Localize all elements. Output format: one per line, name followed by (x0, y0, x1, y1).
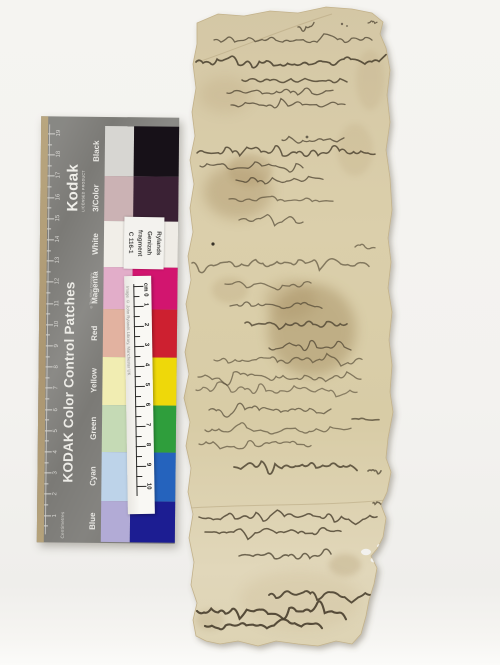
card-cm-tick (48, 176, 55, 177)
card-half-tick (45, 398, 49, 399)
card-half-tick (48, 144, 52, 145)
sticker-line-3: fragment (135, 219, 145, 267)
card-cm-number: 6 (52, 403, 61, 415)
card-cm-tick (46, 324, 53, 325)
card-cm-tick (48, 155, 55, 156)
paper-stain (228, 154, 272, 186)
card-cm-number: 18 (55, 149, 64, 161)
sticker-line-4: C 116-1 (125, 219, 135, 267)
strip-half-tick (134, 316, 140, 317)
card-half-tick (47, 229, 51, 230)
card-half-tick (47, 250, 51, 251)
strip-cm-number: 2 (140, 323, 150, 335)
card-half-tick (46, 314, 50, 315)
ruler-credit: Image © John Rylands Library, Manchester… (125, 286, 134, 510)
card-cm-number: 9 (53, 339, 62, 351)
card-half-tick (45, 441, 49, 442)
ink-spot (306, 136, 309, 139)
patch-3color (133, 176, 178, 221)
card-cm-tick (48, 133, 55, 134)
card-title: KODAK Color Control Patches (60, 265, 77, 483)
card-cm-number: 2 (51, 488, 60, 500)
card-half-tick (45, 462, 49, 463)
card-cm-tick (46, 367, 53, 368)
card-cm-tick (47, 197, 54, 198)
patch-label-blue: Blue (85, 501, 101, 542)
ink-spot (346, 25, 348, 27)
card-cm-number: 8 (53, 361, 62, 373)
card-cm-tick (47, 261, 54, 262)
card-cm-tick (46, 303, 53, 304)
patch-black (134, 126, 180, 176)
strip-half-tick (135, 416, 141, 417)
card-cm-tick (46, 282, 53, 283)
sticker-line-1: Rylands (153, 219, 163, 267)
card-cm-number: 17 (55, 170, 64, 182)
patch-tint-blue (101, 501, 130, 542)
paper-stain (212, 277, 248, 303)
card-half-tick (47, 208, 51, 209)
strip-cm-number: 1 (140, 303, 150, 315)
paper-stain (240, 570, 360, 630)
card-cm-tick (44, 473, 51, 474)
strip-half-tick (135, 396, 141, 397)
sticker-line-2: Genizah (144, 219, 154, 267)
patch-tint-3color (104, 176, 133, 221)
kodak-logo-text: Kodak (64, 130, 82, 212)
card-half-tick (44, 504, 48, 505)
card-half-tick (44, 526, 48, 527)
card-half-tick (44, 483, 48, 484)
strip-half-tick (136, 476, 142, 477)
card-half-tick (45, 377, 49, 378)
kodak-logo: Kodak LICENSED PRODUCT (64, 130, 86, 212)
card-cm-number: 13 (54, 255, 63, 267)
strip-cm-number: 7 (141, 423, 151, 435)
patch-label-yellow: Yellow (86, 357, 103, 405)
patch-label-cyan: Cyan (85, 452, 102, 501)
card-cm-number: 14 (54, 233, 63, 245)
patch-label-black: Black (89, 126, 106, 176)
card-half-tick (46, 292, 50, 293)
patch-label-red: Red (87, 309, 104, 357)
card-half-tick (47, 271, 51, 272)
patch-label-3color: 3/Color (88, 176, 104, 221)
photo-canvas: 19181716151413121110987654321 Kodak LICE… (0, 0, 500, 665)
paper-hole (361, 549, 371, 555)
card-cm-number: 5 (52, 424, 61, 436)
strip-cm-number: 6 (141, 403, 151, 415)
card-cm-tick (44, 515, 51, 516)
licensed-product-text: LICENSED PRODUCT (81, 130, 86, 212)
card-cm-tick (45, 409, 52, 410)
strip-cm-number: 5 (141, 383, 151, 395)
card-cm-number: 10 (53, 318, 62, 330)
card-cm-tick (46, 345, 53, 346)
card-cm-number: 16 (54, 191, 63, 203)
card-cm-tick (45, 388, 52, 389)
card-scale-label: Centimetres (60, 489, 66, 539)
patch-tint-black (105, 126, 135, 176)
patch-label-white: White (88, 221, 104, 267)
ink-spot (211, 242, 214, 245)
strip-half-tick (134, 356, 140, 357)
card-cm-number: 11 (53, 297, 62, 309)
paper-stain (356, 50, 384, 110)
card-cm-tick (47, 239, 54, 240)
strip-cm-number: 10 (142, 483, 152, 495)
ink-spot (341, 23, 343, 25)
card-cm-number: 3 (51, 467, 60, 479)
card-cm-tick (47, 218, 54, 219)
card-cm-number: 7 (52, 382, 61, 394)
card-cm-number: 1 (51, 509, 60, 521)
card-half-tick (47, 186, 51, 187)
strip-cm-number: 9 (142, 463, 152, 475)
strip-half-tick (136, 456, 142, 457)
strip-half-tick (135, 376, 141, 377)
shelfmark-sticker: Rylands Genizah fragment C 116-1 (124, 217, 165, 270)
strip-cm-number: 4 (140, 363, 150, 375)
card-half-tick (48, 165, 52, 166)
patch-label-magenta: Magenta (87, 267, 103, 309)
card-half-tick (46, 335, 50, 336)
card-cm-number: 15 (54, 212, 63, 224)
card-cm-tick (44, 494, 51, 495)
strip-cm-number: 8 (142, 443, 152, 455)
card-cm-number: 12 (53, 276, 62, 288)
strip-half-tick (136, 436, 142, 437)
card-half-tick (46, 356, 50, 357)
kodak-color-card: 19181716151413121110987654321 Kodak LICE… (37, 116, 179, 543)
paper-stain (329, 554, 361, 576)
card-half-tick (45, 420, 49, 421)
card-cm-number: 19 (55, 127, 64, 139)
card-cm-tick (45, 430, 52, 431)
paper-stain (199, 77, 251, 113)
cm-ruler-strip: Image © John Rylands Library, Manchester… (124, 276, 155, 514)
strip-cm-number: 3 (140, 343, 150, 355)
card-cm-number: 4 (52, 445, 61, 457)
patch-label-green: Green (86, 405, 102, 452)
card-cm-tick (45, 451, 52, 452)
strip-half-tick (134, 336, 140, 337)
